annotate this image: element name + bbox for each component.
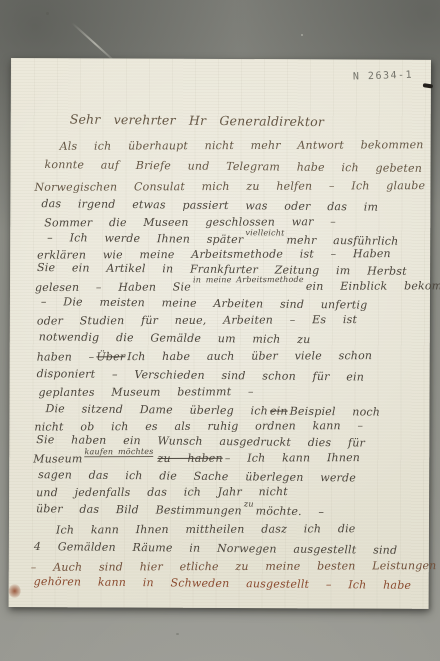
line-text: Museum — [33, 452, 82, 465]
handwritten-line: sagen das ich die Sache überlegen werde — [38, 468, 356, 485]
line-text: – Ich werde Ihnen später — [47, 231, 243, 246]
line-text: – Ich kann Ihnen — [225, 451, 360, 465]
handwritten-line: disponiert – Verschieden sind schon für … — [37, 367, 365, 384]
line-text: Ich habe auch über viele schon — [127, 349, 372, 363]
letter-page: N 2634-1 Sehr verehrter Hr Generaldirekt… — [9, 58, 431, 609]
handwritten-line: – Die meisten meine Arbeiten sind unfert… — [41, 295, 368, 312]
line-text: Die sitzend Dame überleg ich — [45, 402, 268, 417]
archival-number: N 2634-1 — [353, 70, 413, 83]
inserted-word: zu — [244, 500, 254, 508]
handwritten-line: das irgend etwas passiert was oder das i… — [41, 197, 378, 215]
handwritten-line: – Auch sind hier etliche zu meine besten… — [31, 559, 437, 575]
line-text: haben – — [37, 350, 95, 363]
handwritten-line: notwendig die Gemälde um mich zu — [39, 330, 311, 347]
letter-salutation: Sehr verehrter Hr Generaldirektor — [70, 112, 325, 129]
ink-blot — [423, 83, 433, 88]
line-text: ein Einblick bekommen – — [306, 279, 440, 293]
handwritten-line: und jedenfalls das ich Jahr nicht — [36, 485, 288, 500]
handwritten-line: gelesen – Haben Siein meine Arbeitsmetho… — [35, 279, 440, 295]
line-text: gelesen – Haben Sie — [35, 280, 191, 294]
photo-background: N 2634-1 Sehr verehrter Hr Generaldirekt… — [0, 0, 440, 661]
line-text: über das Bild Bestimmungen — [36, 502, 242, 517]
handwritten-line: gehören kann in Schweden ausgestellt – I… — [34, 575, 412, 593]
line-text: möchte. – — [256, 505, 325, 519]
handwritten-line: 4 Gemälden Räume in Norwegen ausgestellt… — [34, 540, 398, 558]
handwritten-line: über das Bild Bestimmungenzumöchte. – — [36, 502, 324, 519]
handwritten-line: konnte auf Briefe und Telegram habe ich … — [44, 158, 422, 176]
struck-word: ein — [270, 404, 288, 417]
line-text: Beispiel noch — [290, 405, 381, 419]
struck-phrase: zu haben — [158, 452, 223, 465]
handwritten-line: Ich kann Ihnen mittheilen dasz ich die — [56, 522, 356, 537]
handwritten-line: – Ich werde Ihnen spätervielleichtmehr a… — [47, 231, 398, 249]
line-text: mehr ausführlich — [286, 234, 398, 248]
inserted-phrase: in meine Arbeitsmethode — [193, 276, 304, 284]
struck-word: Über — [96, 350, 125, 363]
handwritten-line: oder Studien für neue, Arbeiten – Es ist — [37, 313, 357, 328]
handwritten-line: haben –ÜberIch habe auch über viele scho… — [37, 349, 373, 364]
handwritten-line: erklären wie meine Arbeitsmethode ist – … — [37, 247, 391, 263]
handwritten-line: Als ich überhaupt nicht mehr Antwort bek… — [60, 138, 424, 154]
inserted-word: vielleicht — [245, 229, 284, 237]
dust-speck — [176, 633, 179, 635]
handwritten-line: Norwegischen Consulat mich zu helfen – I… — [34, 179, 425, 195]
handwritten-line: Museumkaufen möchteszu haben– Ich kann I… — [33, 451, 360, 466]
handwritten-line: Die sitzend Dame überleg icheinBeispiel … — [45, 402, 380, 420]
handwritten-line: Sommer die Museen geschlossen war – — [44, 215, 336, 230]
dust-speck — [46, 12, 49, 15]
stain-mark — [9, 584, 21, 598]
inserted-phrase: kaufen möchtes — [84, 448, 153, 457]
handwritten-line: geplantes Museum bestimmt – — [39, 385, 254, 400]
handwritten-line: nicht ob ich es als ruhig ordnen kann – — [34, 419, 363, 434]
dust-speck — [301, 34, 303, 36]
